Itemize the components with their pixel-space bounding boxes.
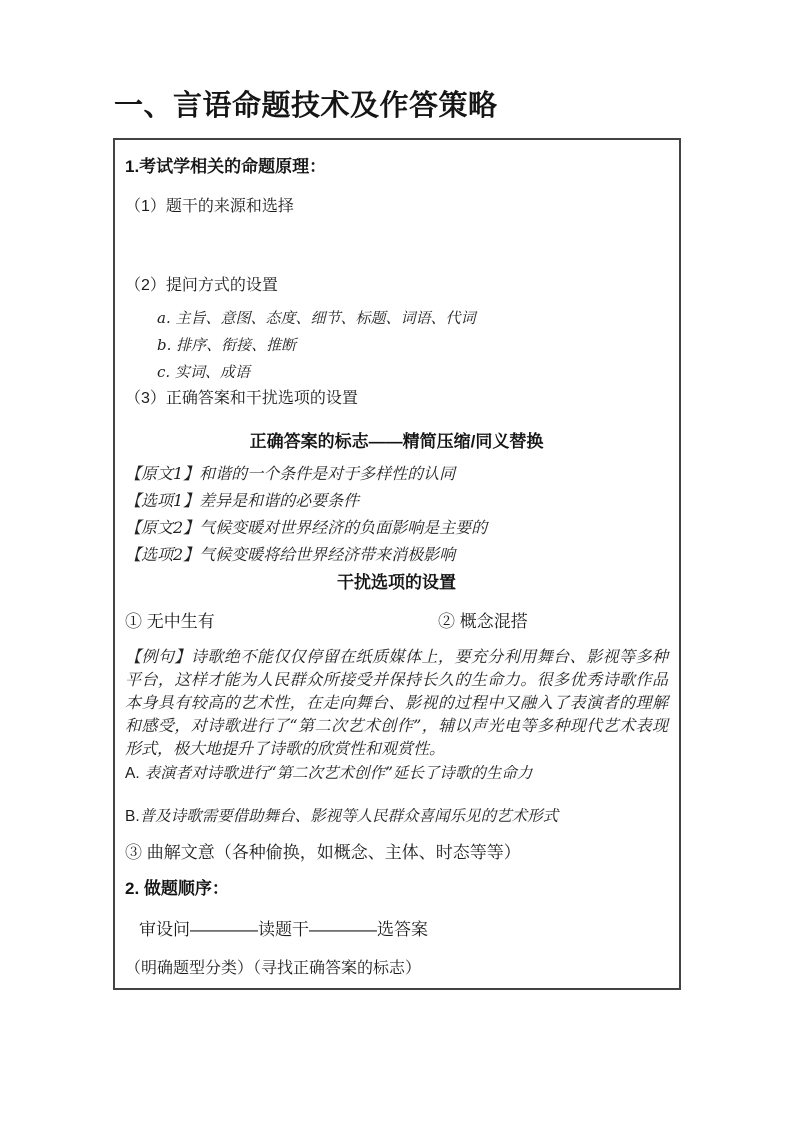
answer-flow-line: 审设问————读题干————选答案	[125, 917, 668, 943]
option-b-prefix: B.	[125, 808, 140, 825]
original-text-2: 【原文2】气候变暖对世界经济的负面影响是主要的	[125, 514, 668, 541]
content-box: 1.考试学相关的命题原理： （1）题干的来源和选择 （2）提问方式的设置 a. …	[113, 138, 681, 990]
sublist-item-c: c. 实词、成语	[157, 359, 668, 386]
section-2-heading: 2. 做题顺序：	[125, 876, 668, 902]
original-text-1: 【原文1】和谐的一个条件是对于多样性的认同	[125, 460, 668, 487]
sublist-item-a: a. 主旨、意图、态度、细节、标题、词语、代词	[157, 305, 668, 332]
principle-item-1: （1）题干的来源和选择	[125, 194, 668, 220]
correct-answer-heading: 正确答案的标志——精简压缩/同义替换	[125, 429, 668, 455]
example-comparison-list: 【原文1】和谐的一个条件是对于多样性的认同 【选项1】差异是和谐的必要条件 【原…	[125, 460, 668, 568]
option-a-prefix: A.	[125, 765, 140, 782]
example-sentence-paragraph: 【例句】诗歌绝不能仅仅停留在纸质媒体上，要充分利用舞台、影视等多种平台，这样才能…	[125, 645, 668, 760]
distractor-row: ① 无中生有② 概念混搭	[125, 609, 668, 635]
option-text-2: 【选项2】气候变暖将给世界经济带来消极影响	[125, 541, 668, 568]
distractor-item-1: ① 无中生有	[125, 609, 438, 635]
question-type-sublist: a. 主旨、意图、态度、细节、标题、词语、代词 b. 排序、衔接、推断 c. 实…	[125, 305, 668, 386]
page-title: 一、言语命题技术及作答策略	[114, 88, 793, 124]
principle-item-2: （2）提问方式的设置	[125, 273, 668, 299]
distractor-item-3: ③ 曲解文意（各种偷换，如概念、主体、时态等等）	[125, 840, 668, 866]
option-a-text: 表演者对诗歌进行“第二次艺术创作”延长了诗歌的生命力	[140, 764, 533, 782]
principle-item-3: （3）正确答案和干扰选项的设置	[125, 386, 668, 412]
distractor-heading: 干扰选项的设置	[125, 570, 668, 596]
answer-option-b: B.普及诗歌需要借助舞台、影视等人民群众喜闻乐见的艺术形式	[125, 803, 668, 830]
option-b-text: 普及诗歌需要借助舞台、影视等人民群众喜闻乐见的艺术形式	[140, 807, 559, 825]
option-text-1: 【选项1】差异是和谐的必要条件	[125, 487, 668, 514]
answer-option-a: A. 表演者对诗歌进行“第二次艺术创作”延长了诗歌的生命力	[125, 760, 668, 787]
sublist-item-b: b. 排序、衔接、推断	[157, 332, 668, 359]
distractor-item-2: ② 概念混搭	[438, 612, 528, 631]
section-1-heading: 1.考试学相关的命题原理：	[125, 154, 668, 180]
document-page: { "page": { "title": "一、言语命题技术及作答策略" }, …	[0, 0, 793, 1122]
flow-note-line: （明确题型分类）（寻找正确答案的标志）	[125, 956, 668, 982]
